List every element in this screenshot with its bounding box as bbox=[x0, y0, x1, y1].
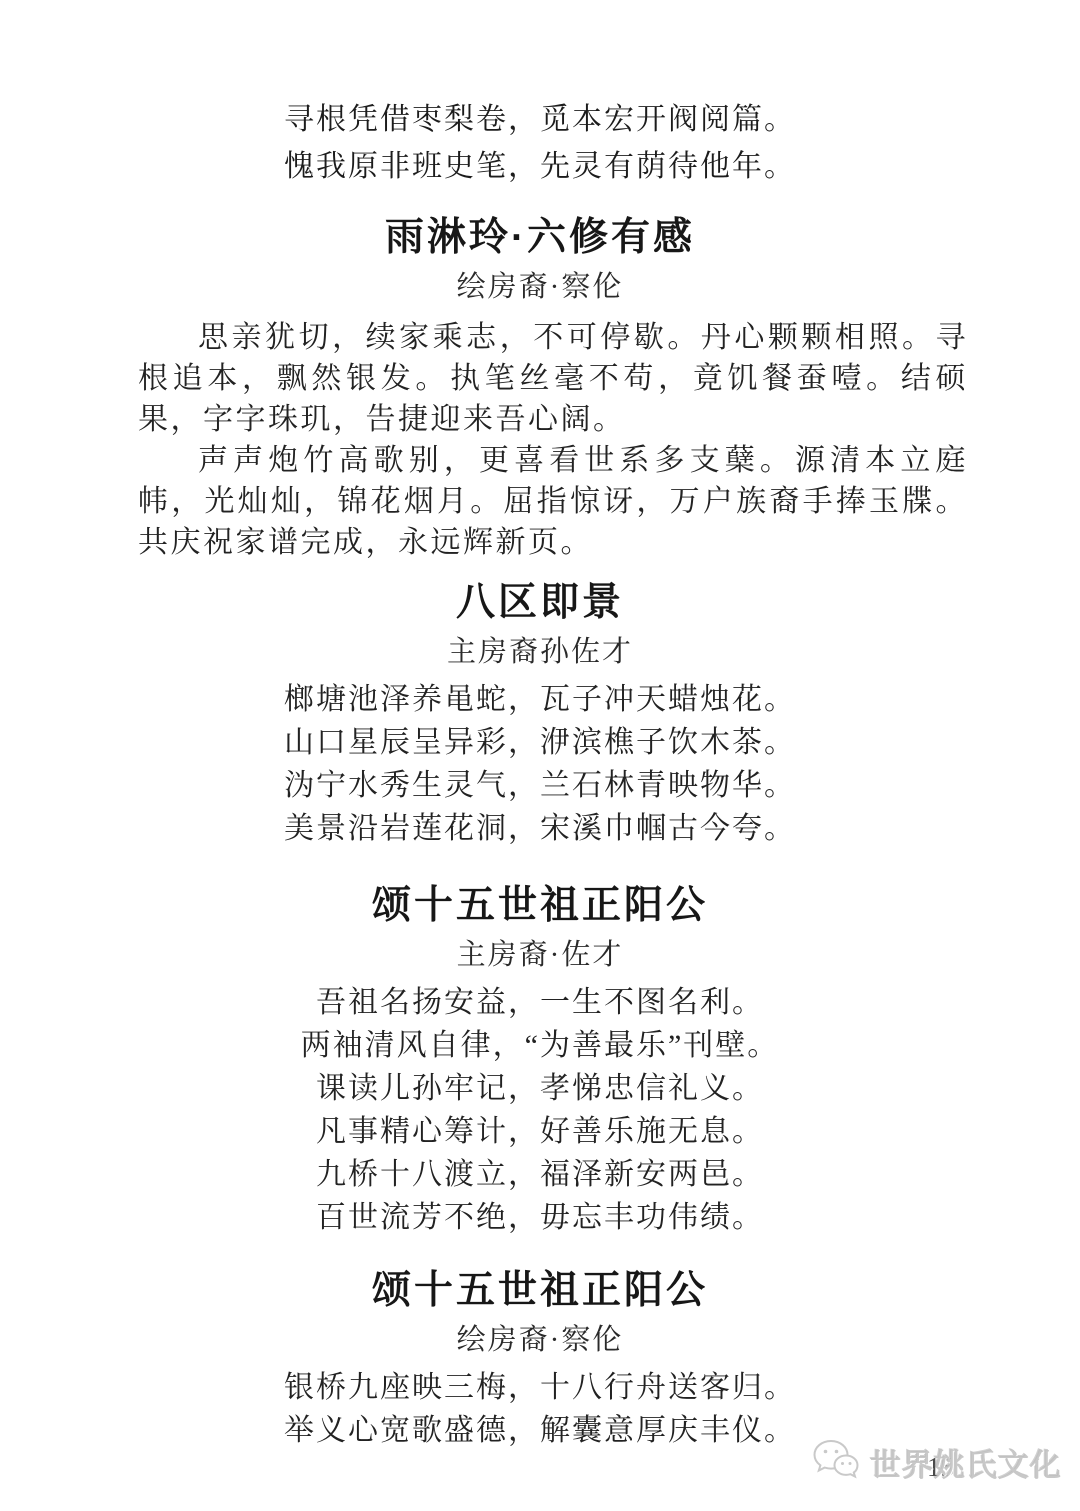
document-page: 寻根凭借枣梨卷，觅本宏开阀阅篇。 愧我原非班史笔，先灵有荫待他年。 雨淋玲·六修… bbox=[0, 0, 1080, 1511]
section-song-zhengyang-1: 颂十五世祖正阳公 主房裔·佐才 吾祖名扬安益，一生不图名利。 两袖清风自律，“为… bbox=[0, 880, 1080, 1239]
poem-line: 课读儿孙牢记，孝悌忠信礼义。 bbox=[0, 1067, 1080, 1110]
footer-mark: 15 世界姚氏文化 bbox=[802, 1438, 1062, 1498]
section-yulinling: 雨淋玲·六修有感 绘房裔·察伦 思亲犹切，续家乘志，不可停歇。丹心颗颗相照。寻根… bbox=[0, 212, 1080, 563]
poem-line: 两袖清风自律，“为善最乐”刊壁。 bbox=[0, 1024, 1080, 1067]
wechat-watermark: 世界姚氏文化 bbox=[812, 1438, 1062, 1487]
section-author: 主房裔·佐才 bbox=[0, 934, 1080, 976]
verse-line: 寻根凭借枣梨卷，觅本宏开阀阅篇。 bbox=[0, 96, 1080, 143]
section-baqu: 八区即景 主房裔孙佐才 榔塘池泽养黾蛇，瓦子冲天蜡烛花。 山口星辰呈异彩，洢滨樵… bbox=[0, 577, 1080, 850]
section-title: 八区即景 bbox=[0, 577, 1080, 629]
section-song-zhengyang-2: 颂十五世祖正阳公 绘房裔·察伦 银桥九座映三梅，十八行舟送客归。 举义心宽歌盛德… bbox=[0, 1265, 1080, 1452]
section-title: 颂十五世祖正阳公 bbox=[0, 1265, 1080, 1317]
poem-line: 百世流芳不绝，毋忘丰功伟绩。 bbox=[0, 1196, 1080, 1239]
poem: 吾祖名扬安益，一生不图名利。 两袖清风自律，“为善最乐”刊壁。 课读儿孙牢记，孝… bbox=[0, 981, 1080, 1239]
watermark-text: 世界姚氏文化 bbox=[870, 1440, 1062, 1485]
poem-line: 九桥十八渡立，福泽新安两邑。 bbox=[0, 1153, 1080, 1196]
poem-line: 凡事精心筹计，好善乐施无息。 bbox=[0, 1110, 1080, 1153]
wechat-icon bbox=[812, 1438, 860, 1487]
verse-line: 愧我原非班史笔，先灵有荫待他年。 bbox=[0, 143, 1080, 190]
section-author: 主房裔孙佐才 bbox=[0, 631, 1080, 673]
poem-line: 沩宁水秀生灵气，兰石林青映物华。 bbox=[0, 764, 1080, 807]
ci-paragraph: 思亲犹切，续家乘志，不可停歇。丹心颗颗相照。寻根追本，飘然银发。执笔丝毫不苟，竟… bbox=[138, 317, 968, 440]
section-title: 颂十五世祖正阳公 bbox=[0, 880, 1080, 932]
section-author: 绘房裔·察伦 bbox=[0, 266, 1080, 308]
poem: 榔塘池泽养黾蛇，瓦子冲天蜡烛花。 山口星辰呈异彩，洢滨樵子饮木茶。 沩宁水秀生灵… bbox=[0, 678, 1080, 850]
section-title: 雨淋玲·六修有感 bbox=[0, 212, 1080, 264]
poem-line: 美景沿岩莲花洞，宋溪巾帼古今夸。 bbox=[0, 807, 1080, 850]
ci-paragraph: 声声炮竹高歌别，更喜看世系多支蘖。源清本立庭帏，光灿灿，锦花烟月。屈指惊讶，万户… bbox=[138, 440, 968, 563]
poem-line: 山口星辰呈异彩，洢滨樵子饮木茶。 bbox=[0, 721, 1080, 764]
poem-line: 银桥九座映三梅，十八行舟送客归。 bbox=[0, 1366, 1080, 1409]
poem-line: 榔塘池泽养黾蛇，瓦子冲天蜡烛花。 bbox=[0, 678, 1080, 721]
poem-line: 吾祖名扬安益，一生不图名利。 bbox=[0, 981, 1080, 1024]
opening-verse: 寻根凭借枣梨卷，觅本宏开阀阅篇。 愧我原非班史笔，先灵有荫待他年。 bbox=[0, 0, 1080, 190]
section-author: 绘房裔·察伦 bbox=[0, 1319, 1080, 1361]
